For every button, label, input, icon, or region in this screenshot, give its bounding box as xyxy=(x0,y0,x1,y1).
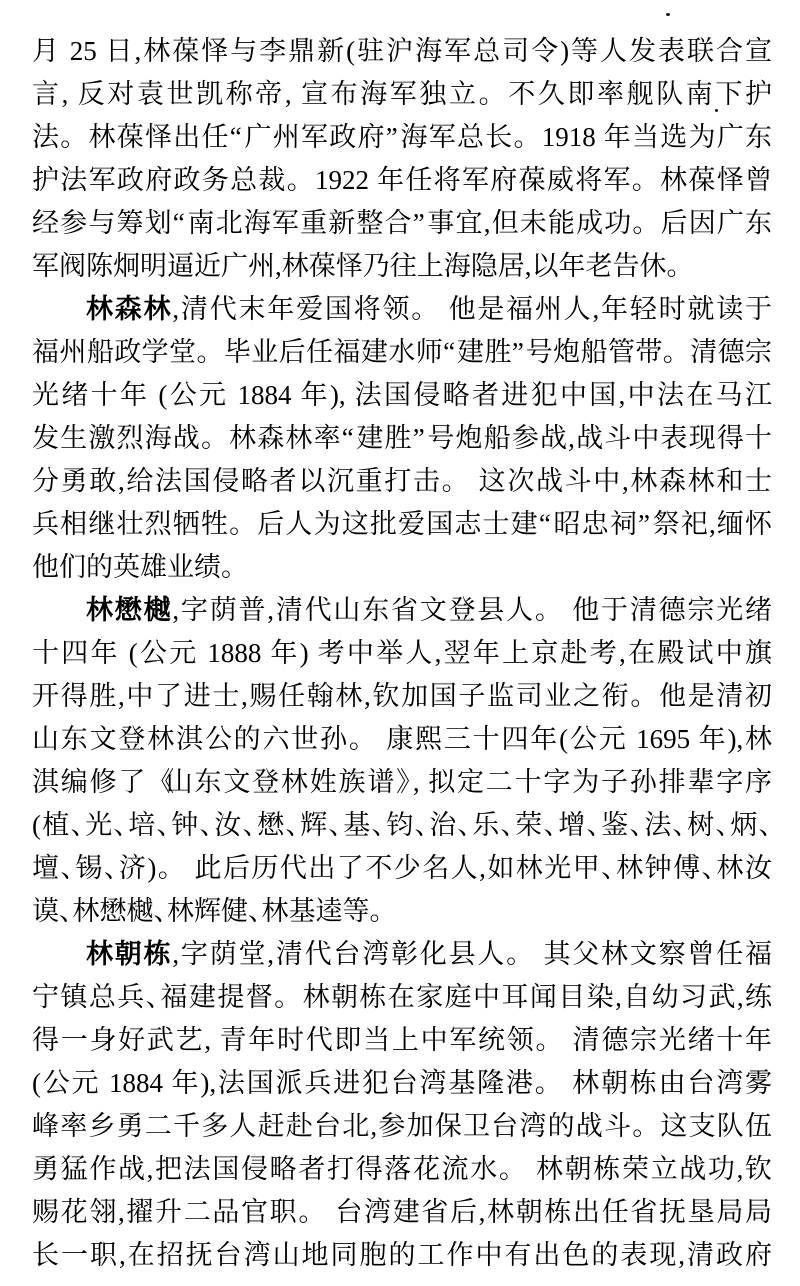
text-line: 军阀陈炯明逼近广州,林葆怿乃往上海隐居,以年老告休。 xyxy=(32,245,772,288)
narrow-punctuation: 、 xyxy=(59,890,73,933)
narrow-punctuation: “ xyxy=(230,116,244,159)
person-name: 林森林 xyxy=(86,294,172,324)
text-line: (植、光、培、钟、汝、懋、辉、基、钧、治、乐、荣、增、鉴、法、树、炳、 xyxy=(32,804,772,847)
text-line: 发生激烈海战。林森林率“建胜”号炮船参战,战斗中表现得十 xyxy=(32,417,772,460)
scan-speck xyxy=(715,109,718,112)
narrow-punctuation: 、 xyxy=(146,976,160,1019)
narrow-punctuation: 、 xyxy=(157,804,171,847)
narrow-punctuation: 、 xyxy=(243,804,257,847)
narrow-punctuation: ” xyxy=(413,417,427,460)
narrow-punctuation: “ xyxy=(173,202,187,245)
text-line: 林懋樾,字荫普,清代山东省文登县人。 他于清德宗光绪 xyxy=(32,589,772,632)
text-line: 峰率乡勇二千多人赶赴台北,参加保卫台湾的战斗。这支队伍 xyxy=(32,1105,772,1148)
book-title-bracket: 《 xyxy=(147,761,164,804)
text-line: 月 25 日,林葆怿与李鼎新(驻沪海军总司令)等人发表联合宣 xyxy=(32,30,772,73)
narrow-punctuation: ” xyxy=(386,116,400,159)
narrow-punctuation: 、 xyxy=(601,847,615,890)
person-name: 林懋樾 xyxy=(86,595,172,625)
scanned-book-page: 月 25 日,林葆怿与李鼎新(驻沪海军总司令)等人发表联合宣言, 反对袁世凯称帝… xyxy=(0,0,800,1286)
narrow-punctuation: 、 xyxy=(71,804,85,847)
text-line: 壇、锡、济)。 此后历代出了不少名人,如林光甲、林钟傅、林汝 xyxy=(32,847,772,890)
text-line: 言, 反对袁世凯称帝, 宣布海军独立。不久即率舰队南下护 xyxy=(32,73,772,116)
narrow-punctuation: 、 xyxy=(114,804,128,847)
person-name: 林朝栋 xyxy=(86,939,172,969)
text-line: 赐花翎,擢升二品官职。 台湾建省后,林朝栋出任省抚垦局局 xyxy=(32,1191,772,1234)
text-line: 勇猛作战,把法国侵略者打得落花流水。 林朝栋荣立战功,钦 xyxy=(32,1148,772,1191)
narrow-punctuation: 、 xyxy=(501,804,515,847)
narrow-punctuation: 、 xyxy=(587,804,601,847)
text-line: 福州船政学堂。毕业后任福建水师“建胜”号炮船管带。清德宗 xyxy=(32,331,772,374)
narrow-punctuation: ” xyxy=(638,503,652,546)
narrow-punctuation: 、 xyxy=(200,804,214,847)
narrow-punctuation: 、 xyxy=(702,847,716,890)
text-line: (公元 1884 年),法国派兵进犯台湾基隆港。 林朝栋由台湾雾 xyxy=(32,1062,772,1105)
narrow-punctuation: 、 xyxy=(286,804,300,847)
narrow-punctuation: 、 xyxy=(716,804,730,847)
narrow-punctuation: 、 xyxy=(60,847,74,890)
narrow-punctuation: “ xyxy=(539,503,553,546)
text-line: 光绪十年 (公元 1884 年), 法国侵略者进犯中国,中法在马江 xyxy=(32,374,772,417)
page: { "colors": { "background": "#ffffff", "… xyxy=(0,0,800,1286)
text-line: 他们的英雄业绩。 xyxy=(32,546,772,589)
narrow-punctuation: “ xyxy=(342,417,356,460)
narrow-punctuation: 、 xyxy=(673,804,687,847)
text-line: 兵相继壮烈牺牲。后人为这批爱国志士建“昭忠祠”祭祀,缅怀 xyxy=(32,503,772,546)
narrow-punctuation: 、 xyxy=(154,890,168,933)
narrow-punctuation: ” xyxy=(413,202,427,245)
text-line: 宁镇总兵、福建提督。林朝栋在家庭中耳闻目染,自幼习武,练 xyxy=(32,976,772,1019)
text-line: 得一身好武艺, 青年时代即当上中军统领。 清德宗光绪十年 xyxy=(32,1019,772,1062)
book-title-bracket: 》 xyxy=(396,761,413,804)
text-line: 分勇敢,给法国侵略者以沉重打击。 这次战斗中,林森林和士 xyxy=(32,460,772,503)
narrow-punctuation: 、 xyxy=(759,804,773,847)
text-line: 谟、林懋樾、林辉健、林基逵等。 xyxy=(32,890,772,933)
narrow-punctuation: 、 xyxy=(415,804,429,847)
text-line: 经参与筹划“南北海军重新整合”事宜,但未能成功。后因广东 xyxy=(32,202,772,245)
text-line: 淇编修了《山东文登林姓族谱》, 拟定二十字为子孙排辈字序 xyxy=(32,761,772,804)
text-line: 开得胜,中了进士,赐任翰林,钦加国子监司业之衔。他是清初 xyxy=(32,675,772,718)
narrow-punctuation: 、 xyxy=(544,804,558,847)
narrow-punctuation: 、 xyxy=(248,890,262,933)
narrow-punctuation: “ xyxy=(443,331,457,374)
text-line: 法。林葆怿出任“广州军政府”海军总长。1918 年当选为广东 xyxy=(32,116,772,159)
text-line: 护法军政府政务总裁。1922 年任将军府葆威将军。林葆怿曾 xyxy=(32,159,772,202)
narrow-punctuation: 、 xyxy=(458,804,472,847)
text-block: 月 25 日,林葆怿与李鼎新(驻沪海军总司令)等人发表联合宣言, 反对袁世凯称帝… xyxy=(32,30,772,1277)
narrow-punctuation: 、 xyxy=(104,847,118,890)
narrow-punctuation: 、 xyxy=(329,804,343,847)
scan-speck xyxy=(666,13,670,16)
text-line: 长一职,在招抚台湾山地同胞的工作中有出色的表现,清政府 xyxy=(32,1234,772,1277)
text-line: 林朝栋,字荫堂,清代台湾彰化县人。 其父林文察曾任福 xyxy=(32,933,772,976)
narrow-punctuation: 、 xyxy=(630,804,644,847)
narrow-punctuation: ” xyxy=(512,331,526,374)
text-line: 十四年 (公元 1888 年) 考中举人,翌年上京赴考,在殿试中旗 xyxy=(32,632,772,675)
text-line: 林森林,清代末年爱国将领。 他是福州人,年轻时就读于 xyxy=(32,288,772,331)
narrow-punctuation: 、 xyxy=(372,804,386,847)
text-line: 山东文登林淇公的六世孙。 康熙三十四年(公元 1695 年),林 xyxy=(32,718,772,761)
